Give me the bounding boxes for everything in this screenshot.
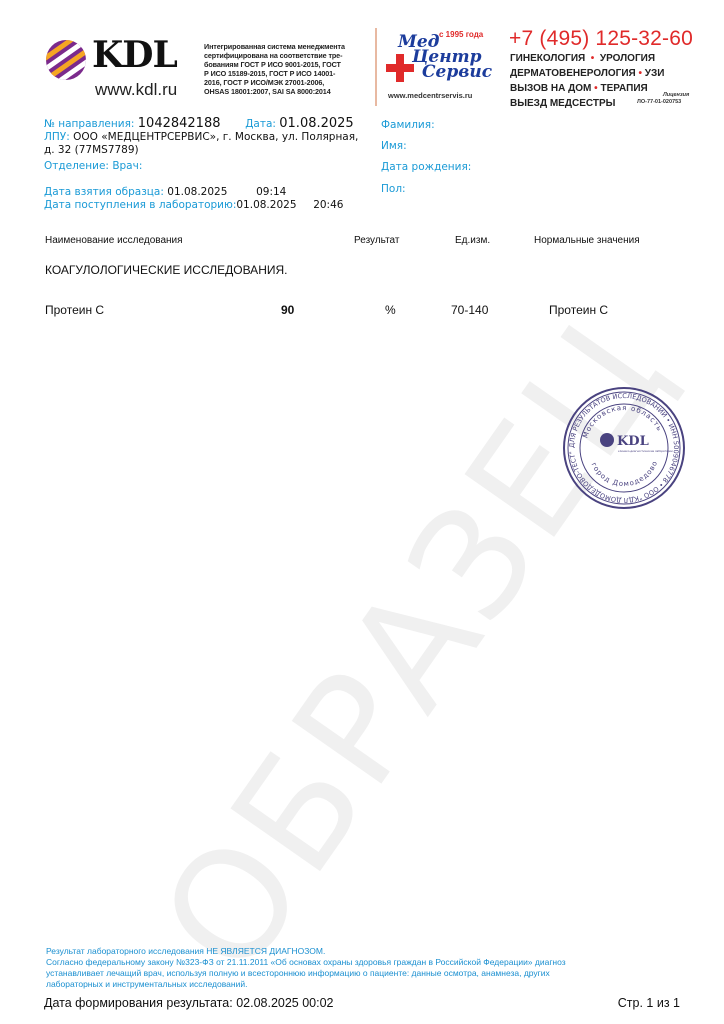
header-divider [375, 28, 377, 106]
license-label: Лицензия [663, 92, 689, 98]
department-label: Отделение: [44, 160, 109, 172]
kdl-url: www.kdl.ru [95, 80, 177, 100]
kdl-sphere-icon [44, 38, 88, 82]
cert-line: сертифицирована на соответствие тре- [204, 51, 374, 60]
row-test-name: Протеин С [45, 303, 104, 317]
svg-text:KDL: KDL [617, 434, 649, 449]
disclaimer: Результат лабораторного исследования НЕ … [46, 946, 686, 990]
lpu-label: ЛПУ: [44, 131, 70, 143]
certification-text: Интегрированная система менеджмента серт… [204, 42, 374, 96]
cert-line: Р ИСО 15189-2015, ГОСТ Р ИСО 14001- [204, 69, 374, 78]
medcentr-url: www.medcentrservis.ru [388, 91, 472, 100]
order-number: 1042842188 [138, 116, 221, 131]
row-range: 70-140 [451, 303, 488, 317]
lpu-value-line2: д. 32 (77MS7789) [44, 144, 139, 157]
sample-date-row: Дата взятия образца: 01.08.2025 09:14 [44, 186, 286, 199]
service: ГИНЕКОЛОГИЯ [510, 53, 585, 64]
sample-time: 09:14 [256, 186, 286, 198]
license-number: ЛО-77-01-020753 [637, 99, 681, 105]
service: ВЫЕЗД МЕДСЕСТРЫ [510, 98, 615, 109]
logo-line: Сервис [422, 64, 492, 81]
cert-line: OHSAS 18001:2007, SAI SA 8000:2014 [204, 87, 374, 96]
order-number-row: № направления: 1042842188 Дата: 01.08.20… [44, 117, 354, 131]
row-result: 90 [281, 303, 294, 317]
sample-date-label: Дата взятия образца: [44, 186, 164, 198]
service: ВЫЗОВ НА ДОМ [510, 83, 591, 94]
name-label: Имя: [381, 140, 407, 153]
generated-date-row: Дата формирования результата: 02.08.2025… [44, 996, 334, 1010]
page-number: Стр. 1 из 1 [618, 996, 680, 1010]
service: ТЕРАПИЯ [600, 83, 647, 94]
cert-line: Интегрированная система менеджмента [204, 42, 374, 51]
doctor-label: Врач: [112, 160, 142, 172]
kdl-logo [44, 38, 88, 86]
medcentr-logo: с 1995 года Мед Центр Сервис www.medcent… [384, 28, 494, 108]
department-row: Отделение: Врач: [44, 160, 142, 173]
since-text: с 1995 года [439, 30, 483, 39]
service: УРОЛОГИЯ [600, 53, 655, 64]
col-header-name: Наименование исследования [45, 235, 183, 246]
section-title: КОАГУЛОЛОГИЧЕСКИЕ ИССЛЕДОВАНИЯ. [45, 263, 287, 277]
order-number-label: № направления: [44, 118, 134, 130]
laboratory-stamp: ДЛЯ РЕЗУЛЬТАТОВ ИССЛЕДОВАНИЙ • ИНН 50090… [561, 385, 687, 515]
birthdate-label: Дата рождения: [381, 161, 471, 174]
cross-icon-v [396, 54, 404, 82]
cert-line: 2016, ГОСТ Р ИСО/МЭК 27001-2006, [204, 78, 374, 87]
service: ДЕРМАТОВЕНЕРОЛОГИЯ [510, 68, 636, 79]
lab-time: 20:46 [313, 199, 343, 211]
sample-date: 01.08.2025 [167, 186, 227, 198]
lab-date-label: Дата поступления в лабораторию: [44, 199, 236, 211]
disclaimer-line: устанавливает лечащий врач, используя по… [46, 968, 686, 979]
row-comment: Протеин С [549, 303, 608, 317]
generated-label: Дата формирования результата: [44, 996, 233, 1010]
stamp-icon: ДЛЯ РЕЗУЛЬТАТОВ ИССЛЕДОВАНИЙ • ИНН 50090… [561, 385, 687, 511]
order-date: 01.08.2025 [279, 116, 353, 131]
generated-value: 02.08.2025 00:02 [236, 996, 333, 1010]
svg-text:клинико-диагностические лабора: клинико-диагностические лаборатории [618, 449, 673, 453]
lpu-row: ЛПУ: ООО «МЕДЦЕНТРСЕРВИС», г. Москва, ул… [44, 131, 358, 144]
lpu-value: ООО «МЕДЦЕНТРСЕРВИС», г. Москва, ул. Пол… [73, 131, 358, 143]
service: УЗИ [645, 68, 665, 79]
col-header-unit: Ед.изм. [455, 235, 490, 246]
lab-date: 01.08.2025 [236, 199, 296, 211]
sex-label: Пол: [381, 183, 406, 196]
lab-date-row: Дата поступления в лабораторию:01.08.202… [44, 199, 343, 212]
col-header-range: Нормальные значения [534, 235, 640, 246]
col-header-result: Результат [354, 235, 399, 246]
surname-label: Фамилия: [381, 119, 435, 132]
phone-number: +7 (495) 125-32-60 [509, 27, 693, 51]
kdl-logo-text: KDL [92, 34, 177, 76]
disclaimer-line: Согласно федеральному закону №323-ФЗ от … [46, 957, 686, 968]
cert-line: бованиям ГОСТ Р ИСО 9001-2015, ГОСТ [204, 60, 374, 69]
disclaimer-line: Результат лабораторного исследования НЕ … [46, 946, 686, 957]
order-date-label: Дата: [245, 118, 276, 130]
row-unit: % [385, 303, 396, 317]
disclaimer-line: лабораторных и инструментальных исследов… [46, 979, 686, 990]
